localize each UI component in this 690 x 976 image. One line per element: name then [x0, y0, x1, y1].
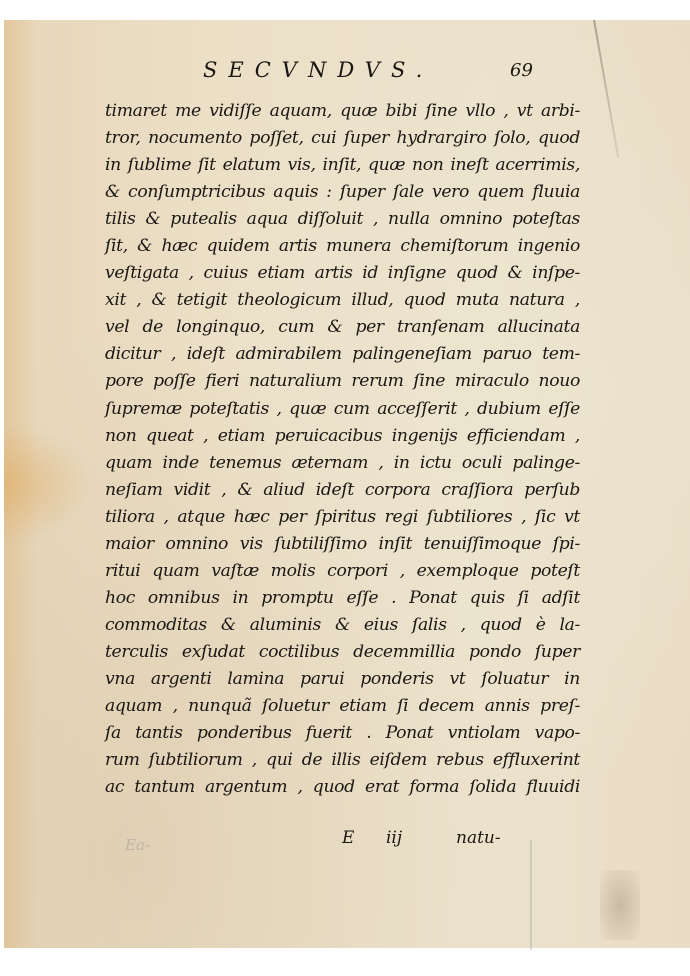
text-line: hoc omnibus in promptu eſſe . Ponat quis… — [105, 585, 580, 612]
running-head: SECVNDVS. — [203, 58, 433, 82]
catchword: natu- — [456, 828, 501, 848]
text-line: dicitur , ideſt admirabilem palingeneſia… — [105, 341, 580, 368]
text-line: vna argenti lamina parui ponderis vt ſol… — [105, 666, 580, 693]
text-line: tiliora , atque hæc per ſpiritus regi ſu… — [105, 504, 580, 531]
text-line: veſtigata , cuius etiam artis id inſigne… — [105, 260, 580, 287]
text-line: neſiam vidit , & aliud ideſt corpora cra… — [105, 477, 580, 504]
page-number: 69 — [510, 60, 533, 81]
text-line: pore poſſe fieri naturalium rerum ſine m… — [105, 368, 580, 395]
signature-number: iij — [386, 828, 402, 848]
text-line: vel de longinquo, cum & per tranſenam al… — [105, 314, 580, 341]
text-line: ſa tantis ponderibus fuerit . Ponat vnti… — [105, 720, 580, 747]
page-footer: E iij natu- — [0, 828, 690, 854]
page-header: SECVNDVS. 69 — [203, 58, 543, 88]
body-text: timaret me vidiſſe aquam, quæ bibi ſine … — [105, 98, 580, 801]
text-line: xit , & tetigit theologicum illud, quod … — [105, 287, 580, 314]
text-line: ritui quam vaſtæ molis corpori , exemplo… — [105, 558, 580, 585]
text-line: quam inde tenemus æternam , in ictu ocul… — [105, 450, 580, 477]
text-line: timaret me vidiſſe aquam, quæ bibi ſine … — [105, 98, 580, 125]
text-line: ſupremæ poteſtatis , quæ cum acceſſerit … — [105, 396, 580, 423]
text-line: & conſumptricibus aquis : ſuper ſale ver… — [105, 179, 580, 206]
signature-mark: E — [342, 828, 354, 848]
text-line: commoditas & aluminis & eius ſalis , quo… — [105, 612, 580, 639]
text-line: maior omnino vis ſubtiliſſimo inſit tenu… — [105, 531, 580, 558]
text-line: tilis & putealis aqua diſſoluit , nulla … — [105, 206, 580, 233]
text-line: rum ſubtiliorum , qui de illis eiſdem re… — [105, 747, 580, 774]
page-stain — [600, 870, 640, 940]
page-fold-mark — [530, 840, 532, 950]
text-line: aquam , nunquã ſoluetur etiam ſi decem a… — [105, 693, 580, 720]
text-line: terculis exſudat coctilibus decemmillia … — [105, 639, 580, 666]
text-line: tror, nocumento poſſet, cui ſuper hydrar… — [105, 125, 580, 152]
text-line: ſit, & hæc quidem artis munera chemiſtor… — [105, 233, 580, 260]
text-line: non queat , etiam peruicacibus ingenijs … — [105, 423, 580, 450]
text-line: ac tantum argentum , quod erat forma ſol… — [105, 774, 580, 801]
text-line: in ſublime ſit elatum vis, inſit, quæ no… — [105, 152, 580, 179]
